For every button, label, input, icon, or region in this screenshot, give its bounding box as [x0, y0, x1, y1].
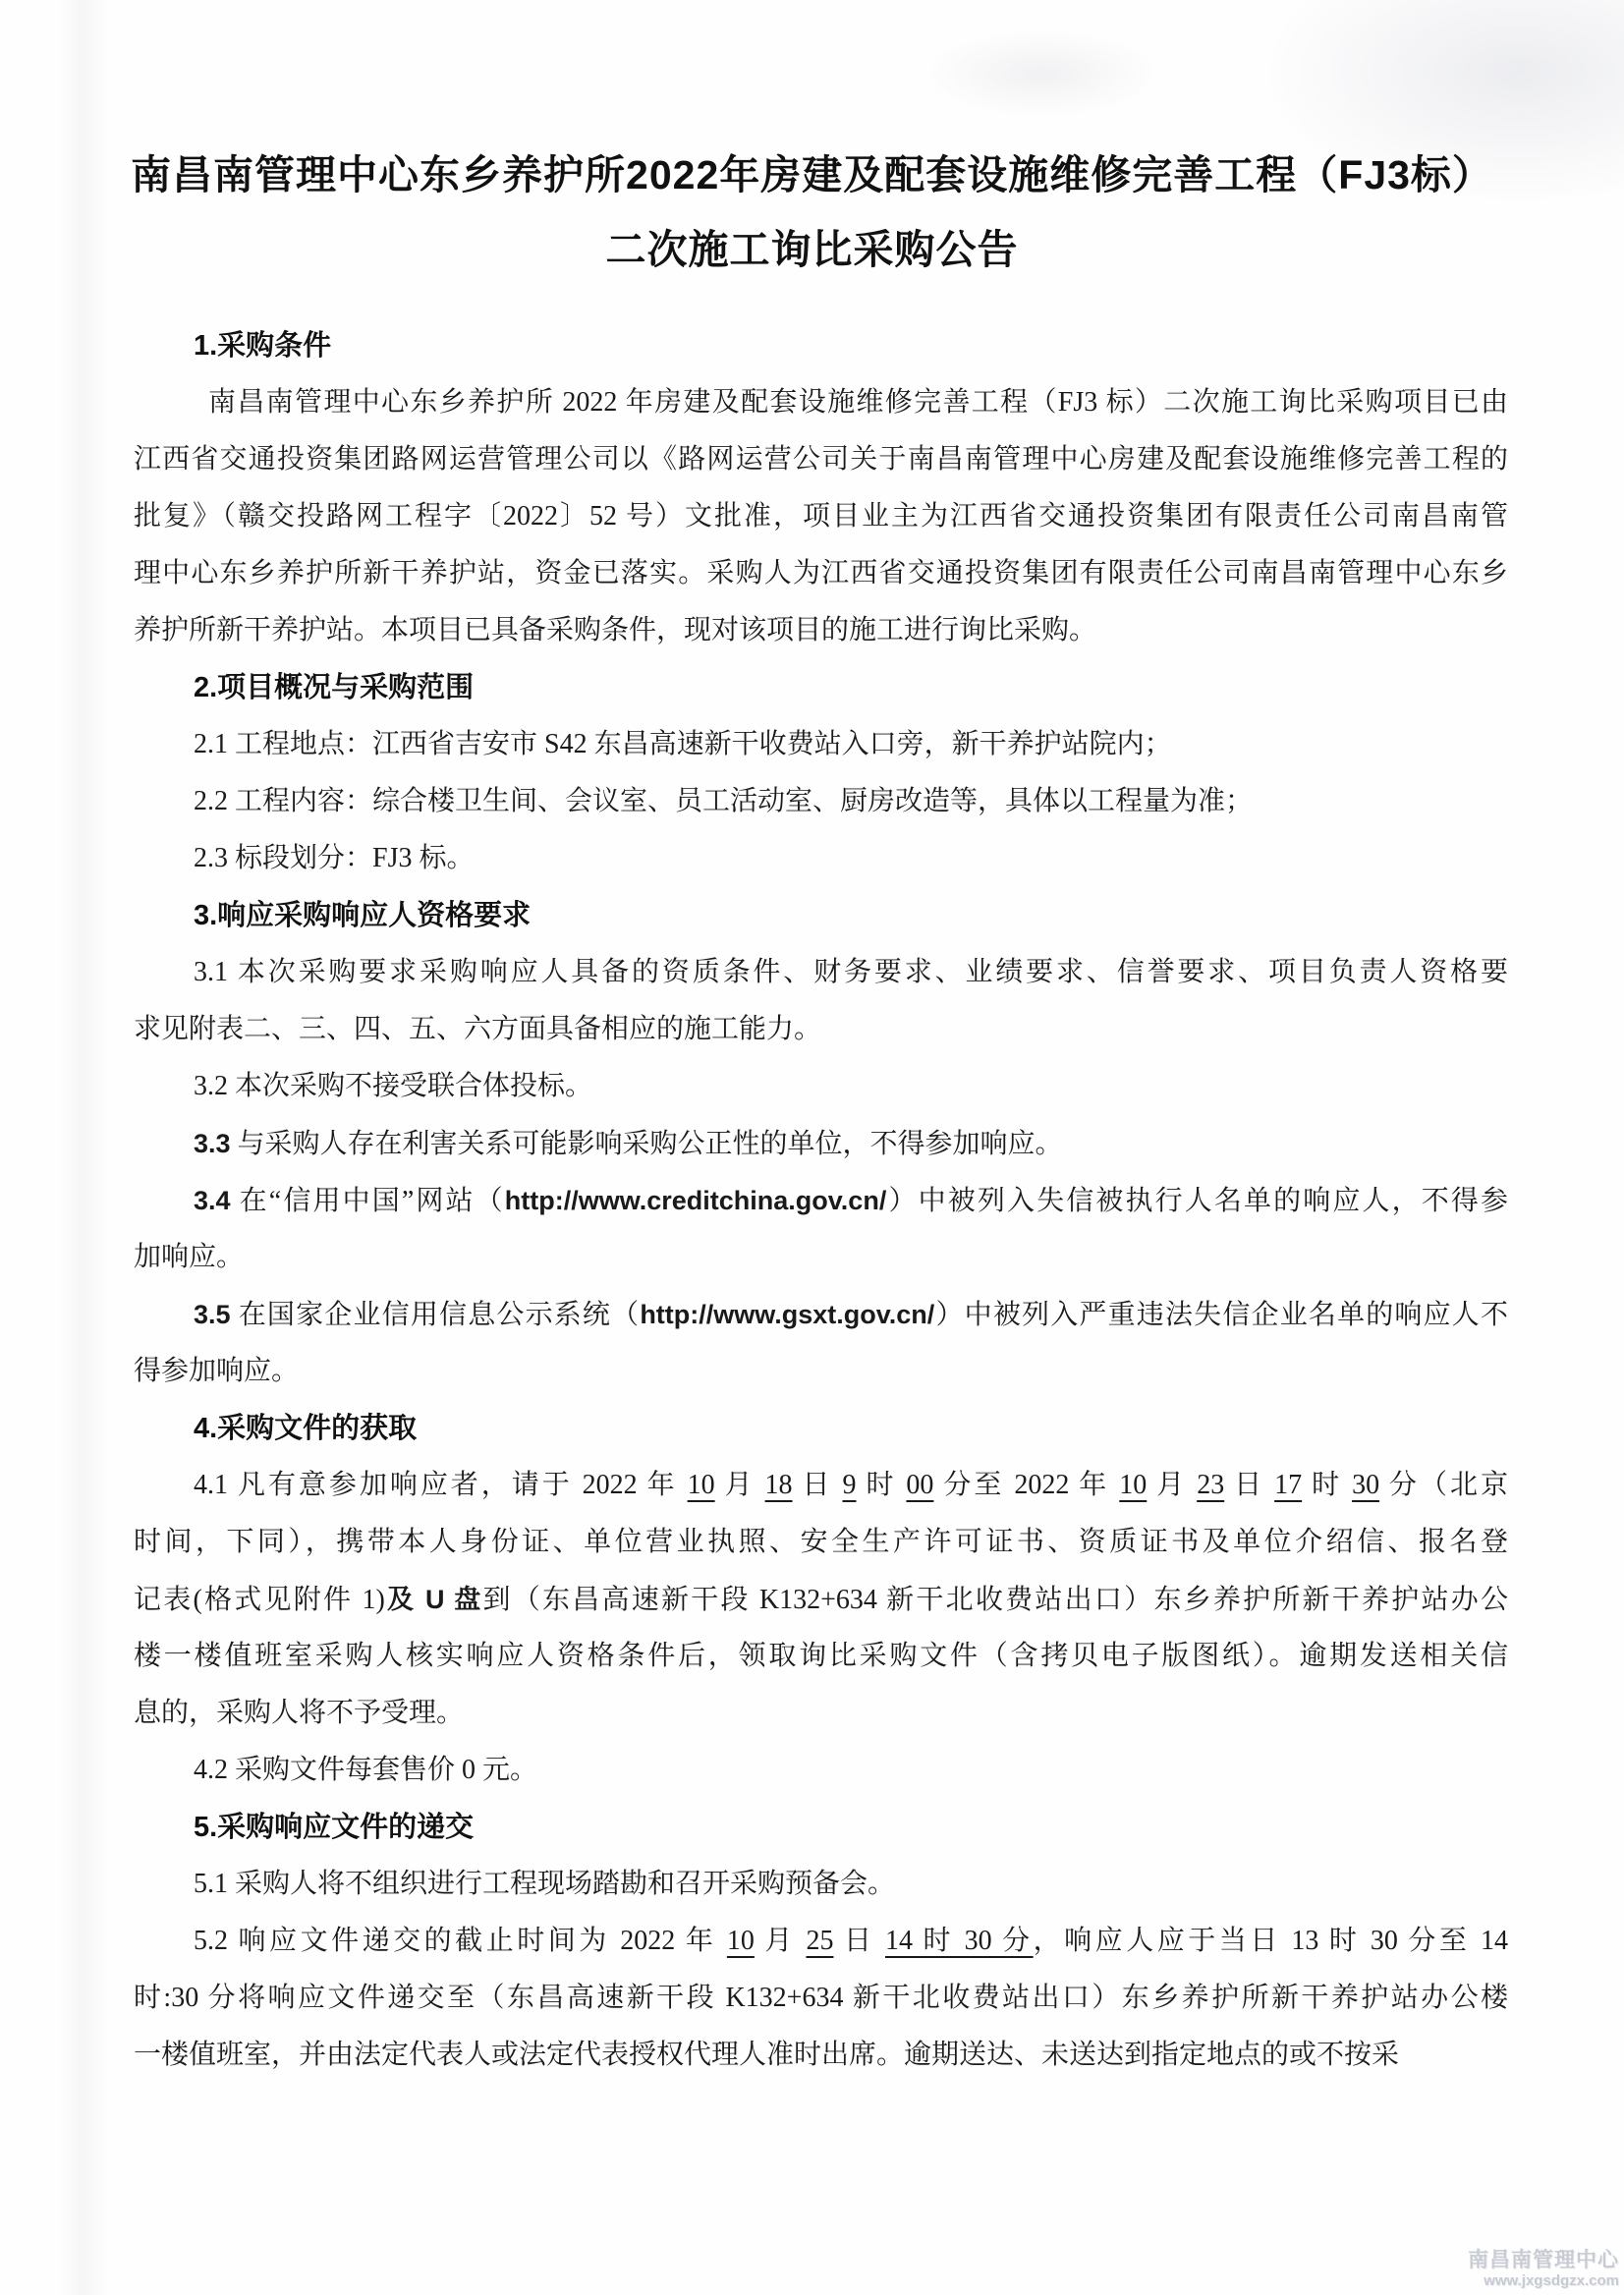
text-segment: 记表(格式见附件 1) — [134, 1585, 385, 1615]
section-heading: 1.采购条件 — [134, 317, 1508, 374]
underlined-text: 30 — [1352, 1470, 1379, 1500]
underlined-text: 18 — [765, 1470, 793, 1500]
text-segment: 5.采购响应文件的递交 — [194, 1812, 474, 1843]
text-segment: 一楼值班室，并由法定代表人或法定代表授权代理人准时出席。逾期送达、未送达到指定地… — [134, 2040, 1399, 2070]
text-segment: 4.2 采购文件每套售价 0 元。 — [194, 1755, 537, 1785]
document-title: 南昌南管理中心东乡养护所2022年房建及配套设施维修完善工程（FJ3标） 二次施… — [0, 138, 1624, 287]
text-segment: 在“信用中国”网站（ — [231, 1186, 505, 1216]
scanned-document-page: 南昌南管理中心东乡养护所2022年房建及配套设施维修完善工程（FJ3标） 二次施… — [0, 0, 1624, 2295]
text-segment: 南昌南管理中心东乡养护所 2022 年房建及配套设施维修完善工程（FJ3 标）二… — [208, 387, 1508, 418]
text-segment: 日 — [1224, 1470, 1274, 1500]
underlined-text: 9 — [842, 1470, 856, 1500]
section-heading: 4.采购文件的获取 — [134, 1400, 1508, 1457]
document-line: 3.3 与采购人存在利害关系可能影响采购公正性的单位，不得参加响应。 — [134, 1115, 1508, 1172]
text-segment: 月 — [715, 1470, 765, 1500]
scan-streak-left — [59, 0, 108, 2295]
text-segment: 2.2 工程内容：综合楼卫生间、会议室、员工活动室、厨房改造等，具体以工程量为准… — [194, 786, 1253, 816]
document-line: 2.1 工程地点：江西省吉安市 S42 东昌高速新干收费站入口旁，新干养护站院内… — [134, 716, 1508, 773]
text-segment: 时 — [856, 1470, 906, 1500]
watermark-site-url: www.jxgsdgzx.com — [1468, 2272, 1619, 2290]
bold-text: http://www.creditchina.gov.cn/ — [505, 1186, 887, 1215]
text-segment: ）中被列入严重违法失信企业名单的响应人不 — [934, 1300, 1508, 1330]
text-segment: 与采购人存在利害关系可能影响采购公正性的单位，不得参加响应。 — [231, 1129, 1063, 1159]
text-segment: 日 — [793, 1470, 843, 1500]
text-segment: 4.1 凡有意参加响应者，请于 2022 年 — [194, 1470, 688, 1500]
document-line: 养护所新干养护站。本项目已具备采购条件，现对该项目的施工进行询比采购。 — [134, 602, 1508, 659]
text-segment: 江西省交通投资集团路网运营管理公司以《路网运营公司关于南昌南管理中心房建及配套设… — [134, 444, 1508, 475]
document-line: 求见附表二、三、四、五、六方面具备相应的施工能力。 — [134, 1001, 1508, 1058]
watermark-site-name: 南昌南管理中心 — [1468, 2249, 1619, 2272]
document-line: 理中心东乡养护所新干养护站，资金已落实。采购人为江西省交通投资集团有限责任公司南… — [134, 545, 1508, 602]
document-body: 1.采购条件南昌南管理中心东乡养护所 2022 年房建及配套设施维修完善工程（F… — [134, 317, 1508, 2084]
document-line: 时:30 分将响应文件递交至（东昌高速新干段 K132+634 新干北收费站出口… — [134, 1970, 1508, 2027]
text-segment: 理中心东乡养护所新干养护站，资金已落实。采购人为江西省交通投资集团有限责任公司南… — [134, 558, 1508, 588]
text-segment: 在国家企业信用信息公示系统（ — [231, 1300, 641, 1330]
document-line: 得参加响应。 — [134, 1343, 1508, 1400]
document-line: 一楼值班室，并由法定代表人或法定代表授权代理人准时出席。逾期送达、未送达到指定地… — [134, 2027, 1508, 2084]
section-heading: 5.采购响应文件的递交 — [134, 1799, 1508, 1856]
document-line: 5.2 响应文件递交的截止时间为 2022 年 10 月 25 日 14 时 3… — [134, 1913, 1508, 1970]
document-line: 2.3 标段划分：FJ3 标。 — [134, 830, 1508, 887]
text-segment: 月 — [1147, 1470, 1197, 1500]
text-segment: 批复》（赣交投路网工程字〔2022〕52 号）文批准，项目业主为江西省交通投资集… — [134, 501, 1508, 532]
text-segment: ）中被列入失信被执行人名单的响应人，不得参 — [886, 1186, 1508, 1216]
document-line: 3.4 在“信用中国”网站（http://www.creditchina.gov… — [134, 1172, 1508, 1229]
text-segment: 分（北京 — [1379, 1470, 1508, 1500]
document-line: 2.2 工程内容：综合楼卫生间、会议室、员工活动室、厨房改造等，具体以工程量为准… — [134, 773, 1508, 830]
text-segment: 息的，采购人将不予受理。 — [134, 1698, 464, 1728]
text-segment: 月 — [755, 1926, 807, 1956]
underlined-text: 10 — [727, 1926, 755, 1956]
text-segment: 5.2 响应文件递交的截止时间为 2022 年 — [194, 1926, 727, 1956]
text-segment: 到（东昌高速新干段 K132+634 新干北收费站出口）东乡养护所新干养护站办公 — [483, 1585, 1508, 1615]
document-line: 南昌南管理中心东乡养护所 2022 年房建及配套设施维修完善工程（FJ3 标）二… — [134, 374, 1508, 431]
bold-text: 及 U 盘 — [385, 1585, 483, 1614]
text-segment: 3.响应采购响应人资格要求 — [194, 900, 531, 931]
text-segment: 1.采购条件 — [194, 330, 331, 362]
document-line: 3.5 在国家企业信用信息公示系统（http://www.gsxt.gov.cn… — [134, 1286, 1508, 1343]
document-line: 3.2 本次采购不接受联合体投标。 — [134, 1058, 1508, 1115]
text-segment: 楼一楼值班室采购人核实响应人资格条件后，领取询比采购文件（含拷贝电子版图纸）。逾… — [134, 1641, 1508, 1671]
underlined-text: 23 — [1197, 1470, 1224, 1500]
scan-smudge-top-center — [924, 29, 1159, 118]
text-segment: 4.采购文件的获取 — [194, 1413, 417, 1444]
bold-text: 3.5 — [194, 1300, 231, 1329]
document-line: 记表(格式见附件 1)及 U 盘到（东昌高速新干段 K132+634 新干北收费… — [134, 1571, 1508, 1628]
document-line: 5.1 采购人将不组织进行工程现场踏勘和召开采购预备会。 — [134, 1856, 1508, 1913]
underlined-text: 25 — [806, 1926, 833, 1956]
document-line: 4.2 采购文件每套售价 0 元。 — [134, 1742, 1508, 1799]
text-segment: 5.1 采购人将不组织进行工程现场踏勘和召开采购预备会。 — [194, 1869, 895, 1899]
document-line: 3.1 本次采购要求采购响应人具备的资质条件、财务要求、业绩要求、信誉要求、项目… — [134, 944, 1508, 1001]
document-line: 息的，采购人将不予受理。 — [134, 1685, 1508, 1742]
document-title-line-2: 二次施工询比采购公告 — [0, 212, 1624, 287]
text-segment: 时 — [1302, 1470, 1352, 1500]
underlined-text: 10 — [1119, 1470, 1147, 1500]
text-segment: 2.项目概况与采购范围 — [194, 672, 474, 703]
text-segment: ，响应人应于当日 13 时 30 分至 14 — [1034, 1926, 1508, 1956]
document-line: 江西省交通投资集团路网运营管理公司以《路网运营公司关于南昌南管理中心房建及配套设… — [134, 431, 1508, 488]
document-line: 楼一楼值班室采购人核实响应人资格条件后，领取询比采购文件（含拷贝电子版图纸）。逾… — [134, 1628, 1508, 1685]
bold-text: http://www.gsxt.gov.cn/ — [640, 1300, 934, 1329]
underlined-text: 00 — [906, 1470, 933, 1500]
document-line: 加响应。 — [134, 1229, 1508, 1286]
text-segment: 日 — [833, 1926, 885, 1956]
text-segment: 分至 2022 年 — [933, 1470, 1119, 1500]
text-segment: 2.3 标段划分：FJ3 标。 — [194, 843, 474, 873]
document-line: 时间，下同），携带本人身份证、单位营业执照、安全生产许可证书、资质证书及单位介绍… — [134, 1514, 1508, 1571]
text-segment: 养护所新干养护站。本项目已具备采购条件，现对该项目的施工进行询比采购。 — [134, 615, 1096, 645]
underlined-text: 10 — [688, 1470, 715, 1500]
document-line: 批复》（赣交投路网工程字〔2022〕52 号）文批准，项目业主为江西省交通投资集… — [134, 488, 1508, 545]
text-segment: 加响应。 — [134, 1242, 244, 1272]
text-segment: 3.1 本次采购要求采购响应人具备的资质条件、财务要求、业绩要求、信誉要求、项目… — [194, 957, 1508, 987]
bold-text: 3.4 — [194, 1186, 231, 1215]
text-segment: 时:30 分将响应文件递交至（东昌高速新干段 K132+634 新干北收费站出口… — [134, 1983, 1508, 2013]
text-segment: 得参加响应。 — [134, 1356, 299, 1386]
text-segment: 求见附表二、三、四、五、六方面具备相应的施工能力。 — [134, 1014, 821, 1044]
text-segment: 时间，下同），携带本人身份证、单位营业执照、安全生产许可证书、资质证书及单位介绍… — [134, 1527, 1508, 1557]
section-heading: 2.项目概况与采购范围 — [134, 659, 1508, 716]
text-segment: 3.2 本次采购不接受联合体投标。 — [194, 1071, 592, 1101]
document-title-line-1: 南昌南管理中心东乡养护所2022年房建及配套设施维修完善工程（FJ3标） — [0, 138, 1624, 212]
section-heading: 3.响应采购响应人资格要求 — [134, 887, 1508, 944]
document-line: 4.1 凡有意参加响应者，请于 2022 年 10 月 18 日 9 时 00 … — [134, 1457, 1508, 1514]
underlined-text: 17 — [1274, 1470, 1302, 1500]
text-segment: 2.1 工程地点：江西省吉安市 S42 东昌高速新干收费站入口旁，新干养护站院内… — [194, 729, 1172, 759]
bold-text: 3.3 — [194, 1129, 231, 1158]
underlined-text: 14 时 30 分 — [885, 1926, 1034, 1956]
watermark: 南昌南管理中心 www.jxgsdgzx.com — [1468, 2249, 1619, 2290]
